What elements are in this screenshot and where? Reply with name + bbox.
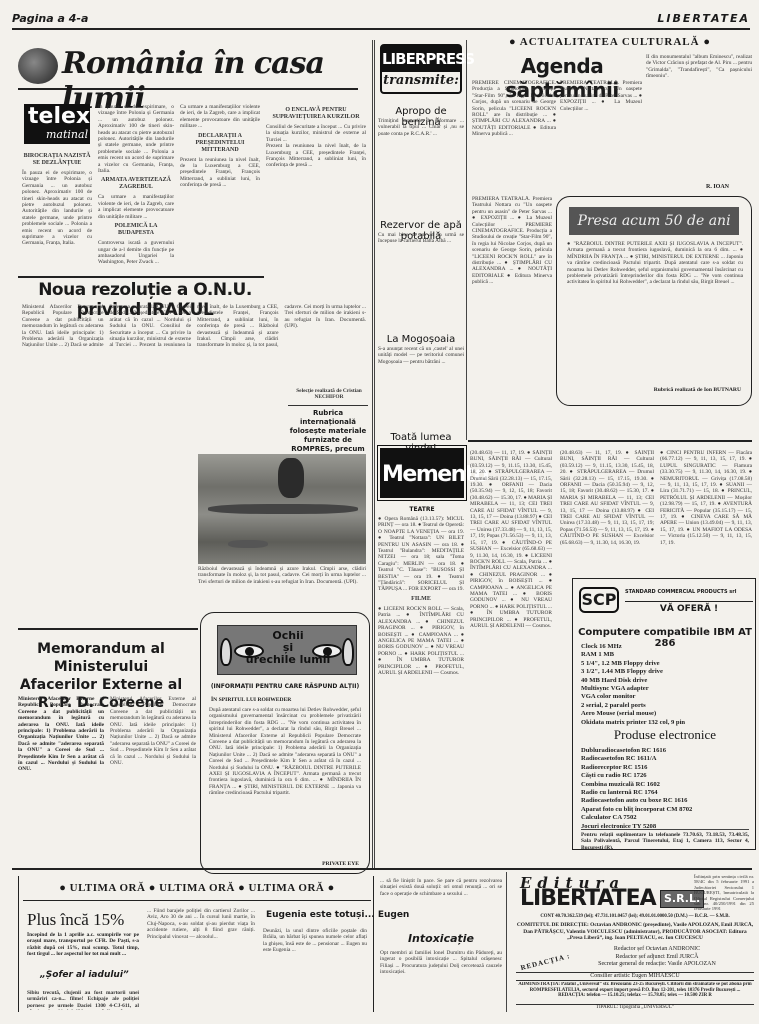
editorial-staff: Redactor șef Octavian ANDRONIC Redactor … [560, 946, 754, 969]
administration-info: ADMINISTRAȚIA: Palatul „Universul” str. … [516, 982, 754, 1002]
article-body: Prezent la reuniunea la nivel înalt, de … [266, 143, 366, 169]
memento-col3: (20.48.63) — 11, 17, 19. ● SĂINȚII BUNI,… [560, 450, 654, 570]
memorandum-body-col1: Ministerul Afacerilor Externe al Republi… [18, 696, 104, 866]
films-listing: ● LICEENI ROCK'N ROLL — Scala, Patria ..… [378, 606, 464, 676]
onu-byline: Selecție realizată de Cristian NECHIFOR [290, 388, 368, 401]
scp-logo: SCP [579, 587, 619, 613]
article-heading: DECLARAȚII A PREȘEDINTELUI MITTERAND [180, 133, 260, 154]
ultima-ora-header: ● ULTIMA ORĂ ● ULTIMA ORĂ ● ULTIMA ORĂ ● [19, 882, 375, 894]
eugenia-body: Deunăzi, la unul dintre oficiile poștale… [263, 928, 367, 1008]
article-title: La Mogoșoaia [378, 334, 464, 345]
globe-icon [18, 48, 58, 84]
article-body: Cu mai bine de un an în urmă se începuse… [378, 232, 464, 348]
memento-col4: ● CINCI PENTRU INFERN — Flacăra (66.77.1… [660, 450, 752, 570]
films-heading: FILME [378, 596, 464, 603]
chief-editor: Redactor șef Octavian ANDRONIC [560, 946, 754, 954]
electronics-list: Dubluradiocasetofon RC 1616 Radiocasetof… [581, 747, 692, 831]
ochi-title-line3: urechile lumii [218, 654, 358, 666]
general-secretary: Secretar general de redacție: Vasile APO… [560, 961, 754, 969]
memento-col2: (20.48.63) — 11, 17, 19. ● SĂINȚII BUNI,… [470, 450, 552, 870]
middle-body: ... Fiind barajele poliției din cartieru… [147, 908, 255, 1010]
scp-advertisement: SCP STANDARD COMMERCIAL PRODUCTS srl VĂ … [572, 578, 756, 850]
article-heading: POLEMICĂ LA BUDAPESTA [98, 223, 174, 237]
presa-byline: Rubrică realizată de Ion BUTNARU [654, 387, 741, 393]
agenda-text: PREMIERE CINEMATOGRAFICE. Producția a St… [472, 222, 552, 286]
agenda-byline: R. IOAN [706, 184, 729, 190]
column-divider [506, 872, 507, 1012]
spec-item: VGA color monitor [581, 693, 685, 701]
agenda-col2: PREMIERA TEATRALĂ. Premiera Teatrului No… [560, 80, 642, 194]
divider [18, 276, 264, 278]
section-banner: România în casa lumii [18, 42, 358, 90]
spec-item: 40 MB Hard Disk drive [581, 677, 685, 685]
board-of-directors: COMITETUL DE DIRECȚIE: Octavian ANDRONIC… [516, 922, 754, 944]
telex-word: telex [28, 104, 90, 129]
memorandum-body-col2: Ministerul Afacerilor Externe al Republi… [110, 696, 196, 866]
art-advisor: Consilier artistic Eugen MIHAESCU [516, 972, 754, 981]
article-body: Ca urmare a manifestațiilor violente de … [98, 194, 174, 220]
masthead: LIBERTATEA [657, 12, 750, 25]
article-body: În pauza ei de expirimare, o vizuage înt… [22, 170, 92, 247]
ochi-banner: Ochii și urechile lumii [217, 625, 357, 675]
divider [12, 868, 752, 870]
article-body: Trimițind panourile de informare ... vul… [378, 118, 464, 216]
article-mitterand: Ca urmare a manifestațiilor violente de … [180, 104, 260, 272]
intox-body: Opt membri ai familiei Ionel Dumitru din… [380, 950, 502, 1006]
theatre-heading: TEATRE [380, 506, 464, 513]
spec-item: Multisync VGA adapter [581, 685, 685, 693]
agenda-col3: II din monumentalul "album Eminescu", re… [646, 54, 752, 182]
films-listing: ● LICEENI ROCK'N ROLL — Scala, Patria ..… [470, 553, 552, 629]
article-body: Ca urmare a manifestațiilor violente de … [180, 104, 260, 130]
scp-contact: Pentru relații suplimentare la telefoane… [581, 829, 749, 849]
telex-subword: matinal [46, 128, 88, 141]
product-item: Combina muzicală RC 1602 [581, 781, 692, 789]
article-armata: În pauza ei de expirimare, o vizuage înt… [98, 104, 174, 272]
presa-box: Presa acum 50 de ani ● "RĂZBOIUL DINTRE … [556, 196, 752, 406]
page-number: Pagina a 4-a [12, 12, 88, 25]
column-divider [466, 40, 467, 440]
divider [468, 440, 752, 442]
plus-headline: Plus încă 15% [27, 910, 124, 930]
computer-specs: Clock 16 MHz RAM 1 MB 5 1/4", 1.2 MB Flo… [581, 643, 685, 727]
article-body: Prezent la reuniunea la nivel înalt, de … [180, 157, 260, 189]
ochi-body: După atentatul care s-a soldat cu moarte… [209, 707, 361, 857]
article-body: În pauza ei de expirimare, o vizuage înt… [98, 104, 174, 174]
presa-title: Presa acum 50 de ani [569, 207, 739, 235]
product-item: Radiocasetofon auto cu boxe RC 1616 [581, 797, 692, 805]
continuation-body: ... să fie liniștit în pace. Se pare că … [380, 878, 502, 914]
films-listing: (20.48.63) — 11, 17, 19. ● SĂINȚII BUNI,… [470, 450, 552, 559]
article-enclava: O ENCLAVĂ PENTRU SUPRAVIEȚUIREA KURZILOR… [266, 104, 366, 304]
theatre-listing: ● Opera Română (13.13.57): MICUL PRINȚ —… [378, 516, 464, 592]
product-item: Calculator CA 7502 [581, 814, 692, 822]
divider [23, 900, 371, 901]
article-body: Consiliul de Securitate a început ... Cu… [266, 124, 366, 143]
spec-item: 3 1/2", 1.44 MB Floppy drive [581, 668, 685, 676]
news-photo [198, 454, 366, 564]
libertatea-logo: LIBERTATEA [520, 886, 656, 911]
telex-logo: telex matinal [24, 104, 90, 144]
column-divider [374, 40, 375, 870]
sofer-headline: „Șofer al iadului” [40, 970, 129, 980]
plus-body: Începînd de la 1 aprilie a.c. scumpirile… [27, 932, 139, 964]
ochi-text: După atentatul care s-a soldat cu moarte… [209, 707, 361, 732]
page-header: Pagina a 4-a LIBERTATEA [12, 8, 750, 30]
liberpress-bottom: transmite: [382, 73, 460, 88]
ochi-title: Ochii și urechile lumii [218, 630, 358, 666]
spec-item: Clock 16 MHz [581, 643, 685, 651]
liberpress-logo: LIBERPRESS transmite: [380, 44, 462, 94]
product-item: Căști cu radio RC 1726 [581, 772, 692, 780]
spec-item: Okidata matrix printer 132 col, 9 pin [581, 719, 685, 727]
agenda-col1: PREMIERE CINEMATOGRAFICE. Producția a St… [472, 80, 556, 194]
article-body: S-a anunțat recent că un ,castel' al une… [378, 346, 464, 418]
spec-item: 2 serial, 2 paralel ports [581, 702, 685, 710]
product-item: Radio cu lanternă RC 1764 [581, 789, 692, 797]
column-divider [372, 40, 373, 870]
article-heading: BIROCRAȚIA NAZISTĂ SE DEZLĂNȚUIE [22, 153, 92, 167]
bank-accounts: CONT 40.70.362.539 (lei); 47.731.101.045… [516, 914, 754, 921]
scp-offer: VĂ OFERĂ ! [625, 601, 753, 614]
presa-body: ● "RĂZBOIUL DINTRE PUTERILE AXEI ȘI IUGO… [567, 241, 743, 381]
ochi-urechile-box: Ochii și urechile lumii (INFORMAȚII PENT… [200, 612, 370, 874]
memento-theatre-films: ● Opera Română (13.13.57): MICUL PRINȚ —… [378, 516, 464, 866]
printing-info: TIPARUL: Tipografia „UNIVERSUL” [516, 1004, 754, 1012]
ochi-subtitle: (INFORMAȚII PENTRU CARE RĂSPUND ALȚII) [201, 683, 369, 690]
product-item: Radiocasetofon RC 1611/A [581, 755, 692, 763]
article-birocratia: BIROCRAȚIA NAZISTĂ SE DEZLĂNȚUIE În pauz… [22, 150, 92, 272]
ochi-byline: PRIVATE EYE [322, 861, 359, 867]
product-item: Aparat foto cu bliț încorporat CM 8702 [581, 806, 692, 814]
spec-item: 5 1/4", 1.2 MB Floppy drive [581, 660, 685, 668]
ultima-ora-section: ● ULTIMA ORĂ ● ULTIMA ORĂ ● ULTIMA ORĂ ●… [18, 876, 374, 1012]
memento-logo: Memento [380, 448, 464, 498]
liberpress-top: LIBERPRESS [382, 46, 460, 72]
intox-headline: Intoxicație [380, 932, 502, 945]
agenda-continued: PREMIERA TEATRALĂ. Premiera Teatrului No… [472, 196, 552, 432]
product-item: Radioreceptor RC 1516 [581, 764, 692, 772]
cultural-header: ● ACTUALITATEA CULTURALĂ ● [470, 36, 750, 48]
deputy-editor: Redactor șef adjunct Emil JURCĂ [560, 954, 754, 962]
article-heading: ARMATA AVERTIZEAZĂ ZAGREBUL [98, 177, 174, 191]
scp-company-name: STANDARD COMMERCIAL PRODUCTS srl [625, 589, 736, 595]
spec-item: Aero Mouse (serial mouse) [581, 710, 685, 718]
divider [18, 628, 198, 630]
ochi-section-heading: ÎN SPIRITUL LUI ROHWEDER [211, 697, 291, 703]
product-item: Dubluradiocasetofon RC 1616 [581, 747, 692, 755]
electronics-heading: Produse electronice [573, 727, 757, 743]
article-heading: O ENCLAVĂ PENTRU SUPRAVIEȚUIREA KURZILOR [266, 107, 366, 121]
sofer-body: Sibiu trecută, clujenii au fost martorii… [27, 990, 139, 1010]
photo-caption: Războiul devastează și îndeamnă și azure… [198, 566, 366, 606]
registration-info: Înființată prin sentința civilă nr. 58/4… [694, 874, 754, 912]
article-body: Controversa iscată a guvernului ungar de… [98, 240, 174, 266]
spec-item: RAM 1 MB [581, 651, 685, 659]
